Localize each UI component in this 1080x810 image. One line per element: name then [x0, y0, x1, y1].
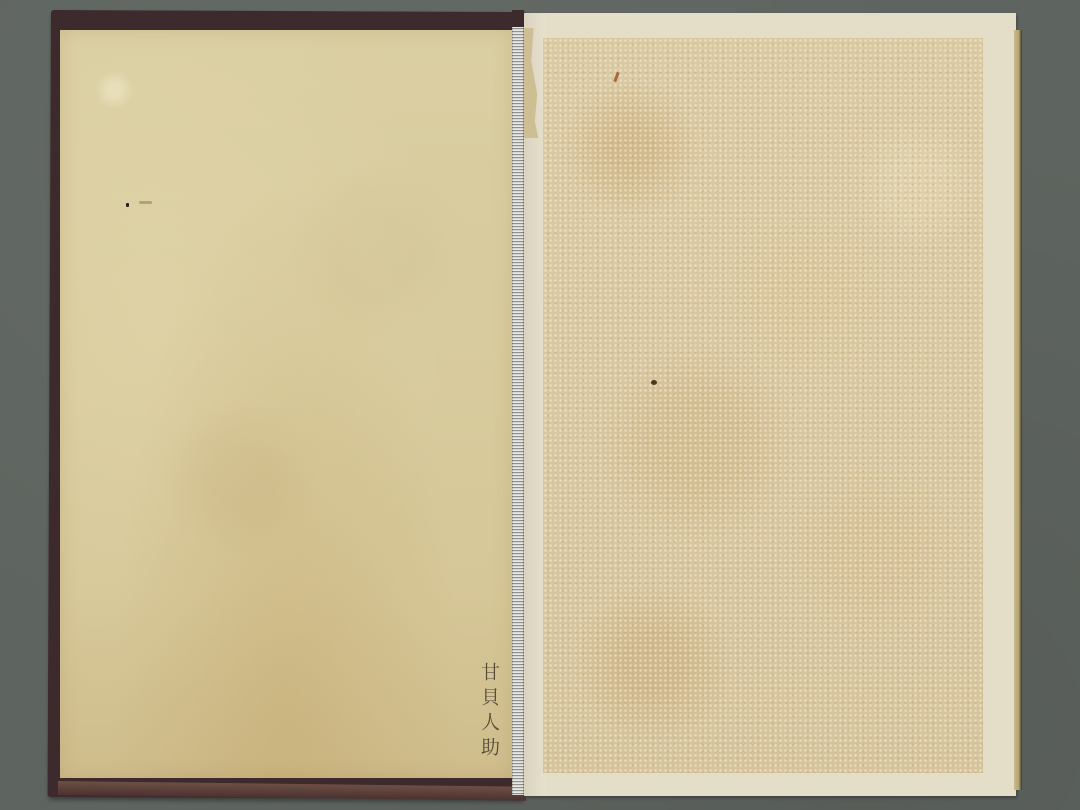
ink-spot — [651, 380, 657, 385]
ink-dot-mark — [126, 203, 129, 207]
spine-cap — [512, 10, 524, 28]
right-endpaper-mottled — [543, 38, 983, 773]
smudge-mark — [139, 201, 152, 204]
gauze-spine — [512, 27, 524, 795]
left-endpaper — [60, 30, 512, 778]
book-photo: 甘貝人助 — [0, 0, 1080, 810]
handwritten-inscription: 甘貝人助 — [470, 662, 498, 762]
page-block-edge — [1014, 30, 1022, 790]
